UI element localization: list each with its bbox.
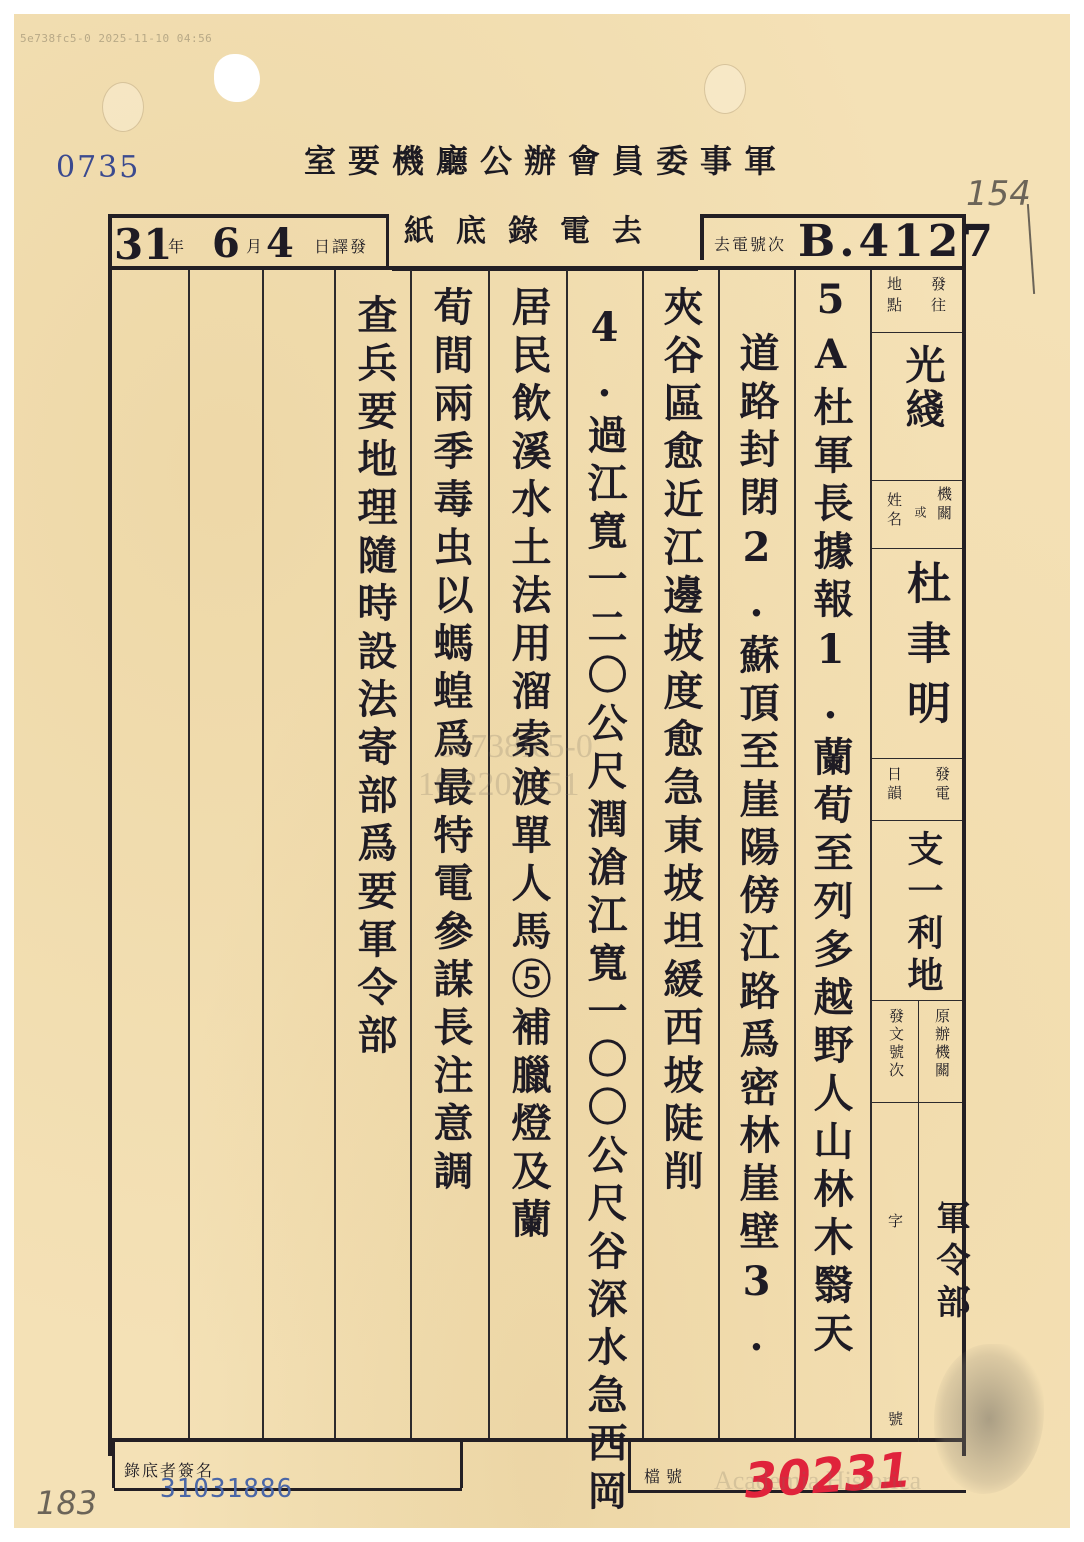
body-column-3: 夾谷區愈近江邊坡度愈急東坡坦緩西坡陡削 <box>650 286 710 1198</box>
archive-seal <box>934 1344 1044 1494</box>
year-value: 31 <box>114 220 172 269</box>
column-line <box>410 270 412 1438</box>
outgoing-number-value: B.4127 <box>798 216 997 267</box>
sidebar-row-line <box>872 332 962 333</box>
file-box-left <box>628 1442 631 1492</box>
paper-crease <box>704 64 746 114</box>
pencil-page-number: 183 <box>36 1484 97 1522</box>
body-column-1: 5A杜軍長據報1.蘭荀至列多越野人山林木翳天 <box>800 276 860 1360</box>
paper-crease <box>102 82 144 132</box>
watermark-academia: Academia Historica <box>714 1466 921 1496</box>
column-line <box>262 270 264 1438</box>
watermark-line-1: 5e738fc5-0 <box>438 728 593 766</box>
recipient-label-2: 姓名 <box>884 492 905 530</box>
char-label: 字 <box>888 1210 903 1231</box>
recorder-box-right <box>460 1442 463 1488</box>
recorder-stamp: 31031886 <box>160 1474 293 1504</box>
column-line <box>718 270 720 1438</box>
outgoing-doc-label: 發文號次 <box>886 1008 907 1080</box>
sidebar-row-line <box>872 1000 962 1001</box>
sidebar-row-line <box>872 820 962 821</box>
destination-label-1: 發往 <box>928 276 949 318</box>
date-box-top <box>108 214 388 218</box>
file-number-label: 檔號 <box>644 1464 688 1487</box>
column-line <box>334 270 336 1438</box>
form-title: 紙底錄電去 <box>404 206 664 250</box>
punch-hole <box>214 54 260 102</box>
number-box-left <box>700 214 704 260</box>
date-code-label-1: 發電 <box>932 766 953 804</box>
date-box-left <box>108 214 112 266</box>
sidebar-row-line <box>872 548 962 549</box>
document-page: 5e738fc5-0 2025-11-10 04:56 0735 室要機廳公辦會… <box>14 14 1070 1528</box>
body-column-2: 道路封閉2.蘇頂至崖陽傍江路爲密林崖壁3. <box>726 332 786 1368</box>
page-title: 室要機廳公辦會員委事軍 <box>304 136 788 182</box>
sidebar-row-line <box>872 480 962 481</box>
pencil-note: 154 <box>966 174 1031 214</box>
sidebar-split-line <box>918 1000 919 1442</box>
watermark-line-2: 10.220.6.51 <box>418 766 580 804</box>
pencil-mark <box>1027 204 1035 294</box>
body-column-4: 4.過江寬一二〇公尺潤滄江寬一〇〇公尺谷深水急西岡 <box>574 304 634 1518</box>
grid-bottom-border <box>108 1438 966 1442</box>
archive-number: 0735 <box>56 150 140 185</box>
sidebar-divider <box>870 270 872 1438</box>
date-label: 日譯發 <box>314 234 368 257</box>
column-line <box>642 270 644 1438</box>
column-line <box>488 270 490 1438</box>
year-label: 年 <box>168 234 184 257</box>
sidebar-row-line <box>872 758 962 759</box>
recipient-label-1: 機關 <box>934 486 955 524</box>
month-value: 6 <box>212 220 240 267</box>
column-line <box>794 270 796 1438</box>
sidebar-row-line <box>872 1102 962 1103</box>
destination-value: 光綫 <box>894 344 951 432</box>
origin-office-label: 原辦機關 <box>932 1008 953 1080</box>
scan-stamp: 5e738fc5-0 2025-11-10 04:56 <box>20 32 212 45</box>
date-box-right <box>386 214 389 266</box>
month-label: 月 <box>246 234 262 257</box>
grid-top-border <box>108 266 966 270</box>
outgoing-number-label: 去電號次 <box>714 232 786 255</box>
recorder-box-left <box>112 1442 115 1488</box>
column-line <box>188 270 190 1438</box>
date-code-value: 支一利地 <box>898 830 949 998</box>
recipient-value: 杜聿明 <box>892 560 956 740</box>
recipient-label-or: 或 <box>912 506 929 518</box>
body-column-7: 查兵要地理隨時設法寄部爲要軍令部 <box>344 294 404 1062</box>
date-code-label-2: 日韻 <box>884 766 905 804</box>
grid-left-border <box>108 266 112 1456</box>
destination-label-2: 地點 <box>884 276 905 318</box>
number-label: 號 <box>888 1408 903 1429</box>
day-value: 4 <box>266 220 294 267</box>
column-line <box>566 270 568 1438</box>
origin-office-value: 軍令部 <box>926 1200 975 1326</box>
